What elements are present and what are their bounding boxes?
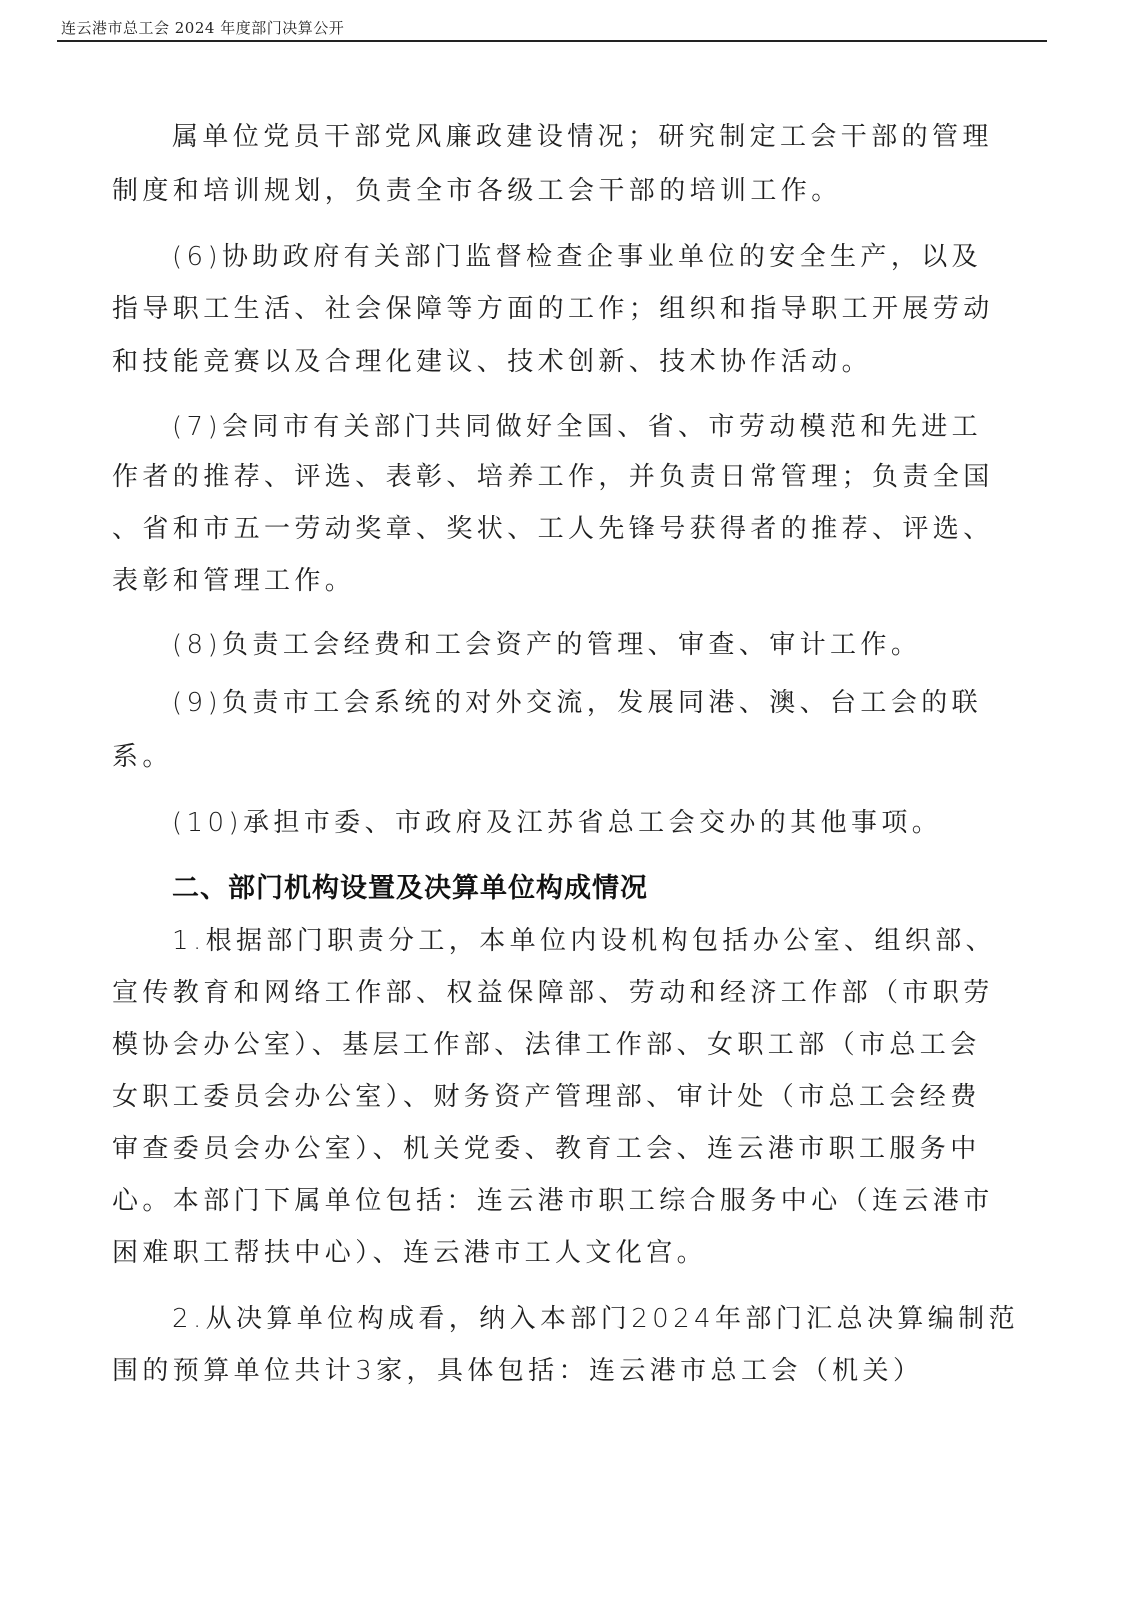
- paragraph-line: 作者的推荐、评选、表彰、培养工作，并负责日常管理；负责全国: [112, 462, 994, 492]
- paragraph-line: (8)负责工会经费和工会资产的管理、审查、审计工作。: [172, 630, 921, 660]
- paragraph-line: (6)协助政府有关部门监督检查企事业单位的安全生产，以及: [172, 242, 982, 272]
- paragraph-line: 制度和培训规划，负责全市各级工会干部的培训工作。: [112, 176, 842, 206]
- paragraph-line: 和技能竞赛以及合理化建议、技术创新、技术协作活动。: [112, 347, 872, 377]
- paragraph-line: 2.从决算单位构成看，纳入本部门2024年部门汇总决算编制范: [172, 1304, 1019, 1334]
- section-heading: 二、部门机构设置及决算单位构成情况: [172, 874, 648, 904]
- paragraph-line: 系。: [112, 742, 173, 772]
- paragraph-line: 女职工委员会办公室）、财务资产管理部、审计处（市总工会经费: [112, 1082, 981, 1112]
- paragraph-line: 围的预算单位共计3家，具体包括：连云港市总工会（机关）: [112, 1356, 923, 1386]
- paragraph-line: 、省和市五一劳动奖章、奖状、工人先锋号获得者的推荐、评选、: [112, 514, 994, 544]
- paragraph-line: 模协会办公室）、基层工作部、法律工作部、女职工部（市总工会: [112, 1030, 981, 1060]
- page-header: 连云港市总工会 2024 年度部门决算公开: [57, 14, 1047, 42]
- paragraph-line: 心。本部门下属单位包括：连云港市职工综合服务中心（连云港市: [112, 1186, 994, 1216]
- running-header-title: 连云港市总工会 2024 年度部门决算公开: [61, 17, 344, 38]
- paragraph-line: 宣传教育和网络工作部、权益保障部、劳动和经济工作部（市职劳: [112, 978, 994, 1008]
- paragraph-line: (9)负责市工会系统的对外交流，发展同港、澳、台工会的联: [172, 688, 982, 718]
- paragraph-line: 审查委员会办公室）、机关党委、教育工会、连云港市职工服务中: [112, 1134, 981, 1164]
- paragraph-line: 1.根据部门职责分工，本单位内设机构包括办公室、组织部、: [172, 926, 996, 956]
- paragraph-line: (7)会同市有关部门共同做好全国、省、市劳动模范和先进工: [172, 412, 982, 442]
- paragraph-line: 表彰和管理工作。: [112, 566, 355, 596]
- paragraph-line: 指导职工生活、社会保障等方面的工作；组织和指导职工开展劳动: [112, 294, 994, 324]
- paragraph-line: 困难职工帮扶中心）、连云港市工人文化宫。: [112, 1238, 707, 1268]
- paragraph-line: (10)承担市委、市政府及江苏省总工会交办的其他事项。: [172, 808, 942, 838]
- paragraph-line: 属单位党员干部党风廉政建设情况；研究制定工会干部的管理: [172, 122, 993, 152]
